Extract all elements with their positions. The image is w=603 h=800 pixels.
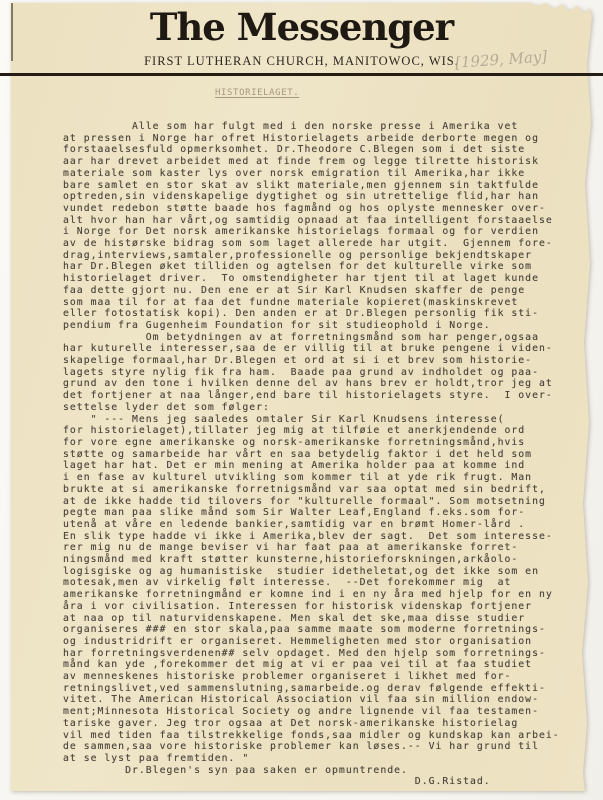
scanned-page: The Messenger FIRST LUTHERAN CHURCH, MAN… <box>0 0 603 800</box>
paper-wrapper: The Messenger FIRST LUTHERAN CHURCH, MAN… <box>11 3 592 791</box>
closing-line: Dr.Blegen's syn paa saken er opmuntrende… <box>63 765 573 777</box>
signature: D.G.Ristad. <box>63 776 573 788</box>
letterhead-rule <box>0 73 603 76</box>
article-body: Alle som har fulgt med i den norske pres… <box>63 121 573 765</box>
paper: The Messenger FIRST LUTHERAN CHURCH, MAN… <box>11 3 592 791</box>
typed-text-block: Alle som har fulgt med i den norske pres… <box>63 121 573 788</box>
newsletter-title: The Messenger <box>11 7 592 48</box>
article-heading: HISTORIELAGET. <box>215 88 299 98</box>
